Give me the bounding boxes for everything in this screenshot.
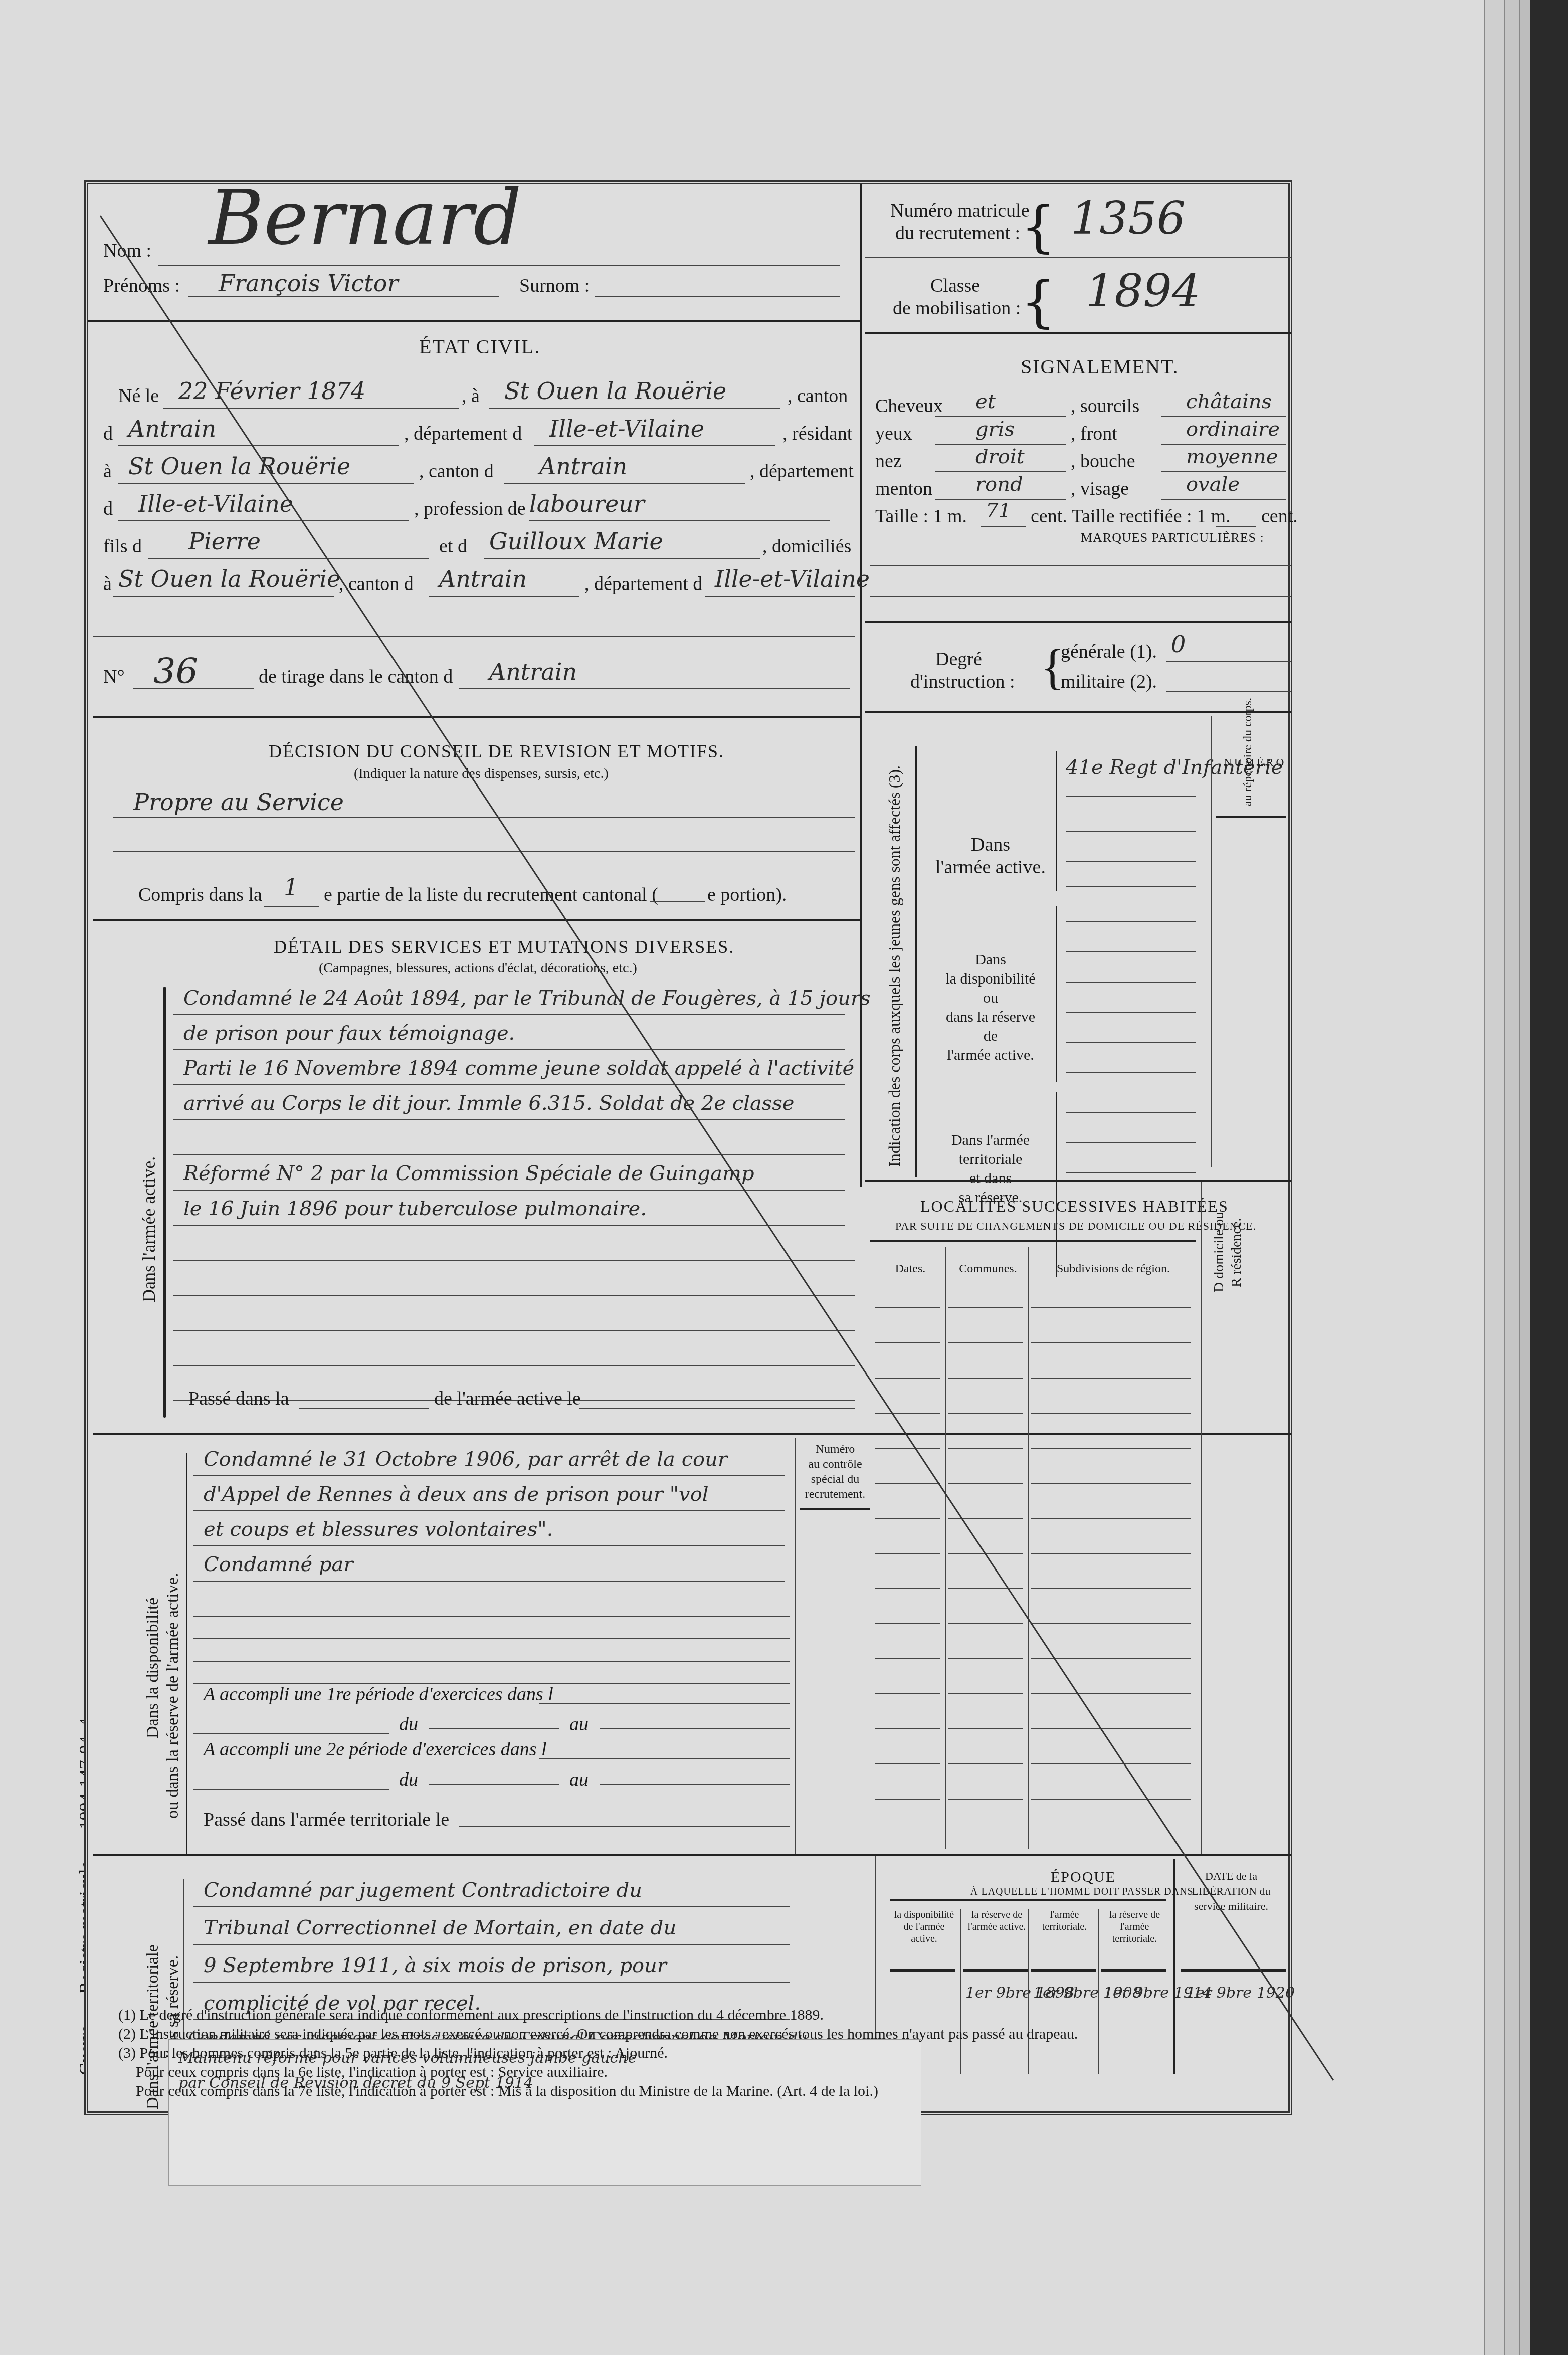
compris-partie: 1 — [284, 874, 298, 901]
epoque-column-header: la réserve de l'armée territoriale. — [1101, 1909, 1168, 1945]
parents-canton: Antrain — [439, 565, 527, 593]
signalement-value: ordinaire — [1186, 418, 1280, 441]
birth-place: St Ouen la Rouërie — [504, 377, 726, 405]
nom-value: Bernard — [209, 174, 521, 262]
entry-line: Condamné le 31 Octobre 1906, par arrêt d… — [204, 1448, 727, 1471]
prenoms-label: Prénoms : — [103, 275, 180, 297]
signalement-value: droit — [975, 445, 1025, 468]
localites-column-header: Communes. — [948, 1262, 1028, 1276]
corps-vertical-label: Indication des corps auxquels les jeunes… — [885, 765, 904, 1167]
footnote-line: Pour ceux compris dans la 6e liste, l'in… — [136, 2064, 608, 2081]
liberation-value: 1er 9bre 1920 — [1186, 1984, 1295, 2002]
classe-value: 1894 — [1086, 265, 1201, 317]
epoque-title: ÉPOQUE — [1051, 1869, 1116, 1886]
parents-departement: Ille-et-Vilaine — [715, 565, 870, 593]
nom-label: Nom : — [103, 240, 151, 262]
etat-civil-title: ÉTAT CIVIL. — [419, 335, 540, 358]
page-edge — [1504, 0, 1520, 2355]
ne-le-label: Né le — [118, 385, 159, 407]
birth-canton: Antrain — [128, 415, 216, 442]
epoque-column-header: l'armée territoriale. — [1031, 1909, 1098, 1933]
localites-column-header: Dates. — [875, 1262, 945, 1276]
tirage-number: 36 — [153, 651, 198, 692]
entry-line: d'Appel de Rennes à deux ans de prison p… — [204, 1483, 709, 1506]
signalement-value: et — [975, 390, 996, 413]
entry-line: Condamné par jugement Contradictoire du — [204, 1879, 642, 1902]
conseil-decision: Propre au Service — [133, 789, 344, 816]
brace: { — [1021, 194, 1056, 259]
dispo-vertical-label: Dans la disponibilité — [143, 1598, 162, 1738]
signalement-value: gris — [975, 418, 1015, 441]
matricule-number: 1356 — [1071, 192, 1186, 245]
residence-departement: Ille-et-Vilaine — [138, 490, 293, 517]
epoque-column-header: la disponibilité de l'armée active. — [890, 1909, 958, 1945]
surnom-label: Surnom : — [519, 275, 590, 297]
birth-departement: Ille-et-Vilaine — [549, 415, 704, 442]
entry-line: Tribunal Correctionnel de Mortain, en da… — [204, 1916, 676, 1939]
footnote-line: (2) L'instruction militaire sera indiqué… — [118, 2026, 1078, 2043]
footnote-line: Pour ceux compris dans la 7e liste, l'in… — [136, 2083, 878, 2100]
record-form: Nom : Bernard Prénoms : François Victor … — [84, 180, 1292, 2115]
page-edge — [1519, 0, 1530, 2355]
footnote-line: (1) Le degré d'instruction générale sera… — [118, 2007, 824, 2024]
entry-line: de prison pour faux témoignage. — [183, 1022, 515, 1045]
profession: laboureur — [529, 490, 645, 517]
entry-line: et coups et blessures volontaires". — [204, 1518, 553, 1541]
instruction-generale-value: 0 — [1171, 631, 1186, 658]
entry-line: le 16 Juin 1896 pour tuberculose pulmona… — [183, 1197, 647, 1220]
signalement-title: SIGNALEMENT. — [1021, 355, 1179, 378]
signalement-value: châtains — [1186, 390, 1272, 413]
tirage-canton: Antrain — [489, 658, 577, 685]
brace: { — [1021, 270, 1056, 334]
page-edge — [1484, 0, 1505, 2355]
localites-title: LOCALITÉS SUCCESSIVES HABITÉES — [920, 1197, 1229, 1216]
signalement-value: ovale — [1186, 473, 1240, 496]
entry-line: Condamné par — [204, 1553, 353, 1576]
services-title: DÉTAIL DES SERVICES ET MUTATIONS DIVERSE… — [274, 936, 734, 957]
entry-line: Réformé N° 2 par la Commission Spéciale … — [183, 1162, 754, 1185]
footnote-line: (3) Pour les hommes compris dans la 5e p… — [118, 2045, 668, 2062]
numero-repertoire-label: au répertoire du corps. — [1241, 698, 1255, 806]
birth-date: 22 Février 1874 — [178, 377, 365, 405]
mother-name: Guilloux Marie — [489, 528, 663, 555]
entry-line: 9 Septembre 1911, à six mois de prison, … — [204, 1954, 667, 1977]
active-vertical-label: Dans l'armée active. — [138, 1156, 159, 1302]
entry-line: Condamné le 24 Août 1894, par le Tribuna… — [183, 987, 871, 1010]
entry-line: arrivé au Corps le dit jour. Immle 6.315… — [183, 1092, 795, 1115]
signalement-value: moyenne — [1186, 445, 1278, 468]
conseil-title: DÉCISION DU CONSEIL DE REVISION ET MOTIF… — [269, 741, 724, 762]
signalement-value: rond — [975, 473, 1023, 496]
localites-column-header: Subdivisions de région. — [1031, 1262, 1196, 1276]
entry-line: Parti le 16 Novembre 1894 comme jeune so… — [183, 1057, 854, 1080]
parents-domicile: St Ouen la Rouërie — [118, 565, 340, 593]
epoque-column-header: la réserve de l'armée active. — [963, 1909, 1031, 1933]
residence-canton: Antrain — [539, 453, 627, 480]
prenoms-value: François Victor — [219, 270, 398, 297]
residence: St Ouen la Rouërie — [128, 453, 350, 480]
taille-value: 71 — [986, 499, 1011, 522]
father-name: Pierre — [188, 528, 261, 555]
